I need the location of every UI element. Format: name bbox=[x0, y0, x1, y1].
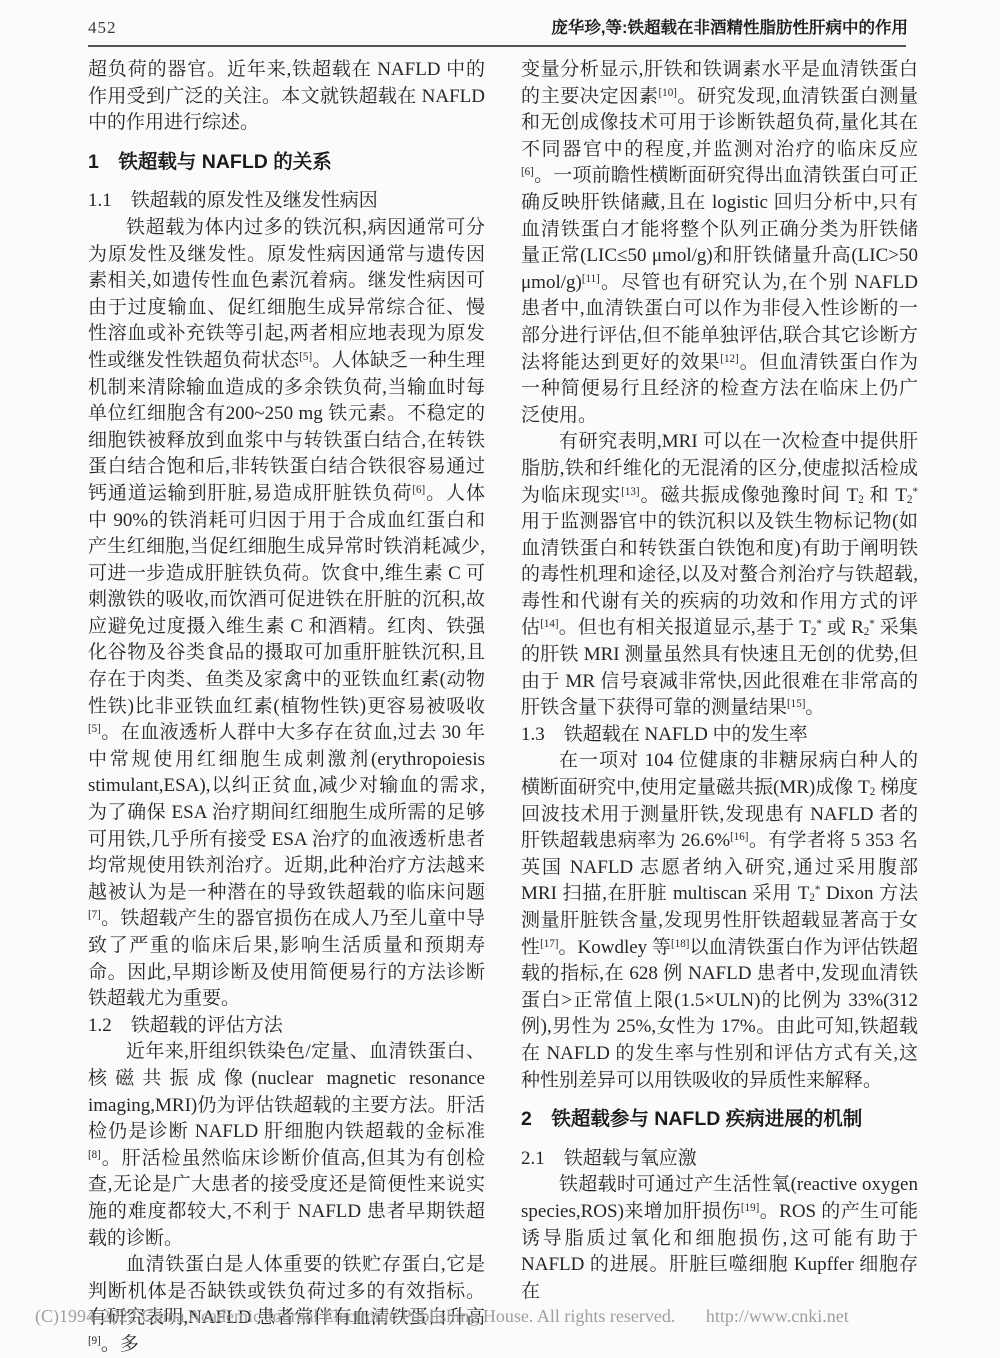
reference-superscript: [6] bbox=[521, 166, 534, 178]
reference-superscript: [10] bbox=[659, 87, 677, 99]
reference-superscript: * bbox=[816, 618, 822, 630]
section-heading: 2 铁超载参与 NAFLD 疾病进展的机制 bbox=[521, 1106, 918, 1133]
reference-superscript: [8] bbox=[88, 1149, 101, 1161]
reference-superscript: * bbox=[912, 485, 918, 497]
publisher-url: http://www.cnki.net bbox=[706, 1306, 849, 1326]
paragraph: 在一项对 104 位健康的非糖尿病白种人的横断面研究中,使用定量磁共振(MR)成… bbox=[521, 748, 918, 1094]
reference-superscript: * bbox=[869, 618, 875, 630]
reference-superscript: * bbox=[815, 884, 821, 896]
reference-superscript: [15] bbox=[787, 698, 805, 710]
reference-superscript: [9] bbox=[88, 1335, 101, 1347]
section-heading: 1.1 铁超载的原发性及继发性病因 bbox=[88, 188, 485, 215]
reference-superscript: [12] bbox=[720, 352, 738, 364]
reference-superscript: [17] bbox=[540, 938, 558, 950]
reference-superscript: [14] bbox=[540, 618, 558, 630]
reference-superscript: [5] bbox=[88, 723, 101, 735]
paragraph: 超负荷的器官。近年来,铁超载在 NAFLD 中的作用受到广泛的关注。本文就铁超载… bbox=[88, 57, 485, 137]
reference-superscript: [16] bbox=[730, 831, 748, 843]
reference-superscript: [5] bbox=[299, 351, 312, 363]
reference-superscript: [13] bbox=[621, 485, 639, 497]
section-heading: 1 铁超载与 NAFLD 的关系 bbox=[88, 149, 485, 176]
reference-superscript: [6] bbox=[412, 484, 425, 496]
section-heading: 2.1 铁超载与氧应激 bbox=[521, 1146, 918, 1173]
article-body: 超负荷的器官。近年来,铁超载在 NAFLD 中的作用受到广泛的关注。本文就铁超载… bbox=[88, 57, 918, 1358]
header-rule bbox=[88, 45, 906, 47]
section-heading: 1.3 铁超载在 NAFLD 中的发生率 bbox=[521, 722, 918, 749]
section-heading: 1.2 铁超载的评估方法 bbox=[88, 1013, 485, 1040]
reference-superscript: [11] bbox=[582, 273, 600, 285]
reference-superscript: [18] bbox=[671, 938, 689, 950]
paragraph: 铁超载为体内过多的铁沉积,病因通常可分为原发性及继发性。原发性病因通常与遗传因素… bbox=[88, 215, 485, 1013]
paragraph: 有研究表明,MRI 可以在一次检查中提供肝脂肪,铁和纤维化的无混淆的区分,使虚拟… bbox=[521, 429, 918, 722]
left-column: 超负荷的器官。近年来,铁超载在 NAFLD 中的作用受到广泛的关注。本文就铁超载… bbox=[88, 57, 485, 1358]
journal-page: 452 庞华珍,等:铁超载在非酒精性脂肪性肝病中的作用 超负荷的器官。近年来,铁… bbox=[0, 0, 1000, 1358]
paragraph: 变量分析显示,肝铁和铁调素水平是血清铁蛋白的主要决定因素[10]。研究发现,血清… bbox=[521, 57, 918, 429]
right-column: 变量分析显示,肝铁和铁调素水平是血清铁蛋白的主要决定因素[10]。研究发现,血清… bbox=[521, 57, 918, 1358]
subscript: 2 bbox=[858, 493, 864, 505]
paragraph: 近年来,肝组织铁染色/定量、血清铁蛋白、核磁共振成像(nuclear magne… bbox=[88, 1039, 485, 1252]
page-number: 452 bbox=[88, 18, 117, 38]
page-header: 452 庞华珍,等:铁超载在非酒精性脂肪性肝病中的作用 bbox=[88, 14, 908, 38]
subscript: 2 bbox=[870, 786, 876, 798]
paragraph: 铁超载时可通过产生活性氧(reactive oxygen species,ROS… bbox=[521, 1172, 918, 1305]
reference-superscript: [19] bbox=[741, 1202, 759, 1214]
page-footer: (C)1994-2022 China Academic Journal Elec… bbox=[35, 1306, 965, 1327]
running-title: 庞华珍,等:铁超载在非酒精性脂肪性肝病中的作用 bbox=[551, 14, 908, 38]
copyright-notice: (C)1994-2022 China Academic Journal Elec… bbox=[35, 1306, 675, 1326]
reference-superscript: [7] bbox=[88, 909, 101, 921]
